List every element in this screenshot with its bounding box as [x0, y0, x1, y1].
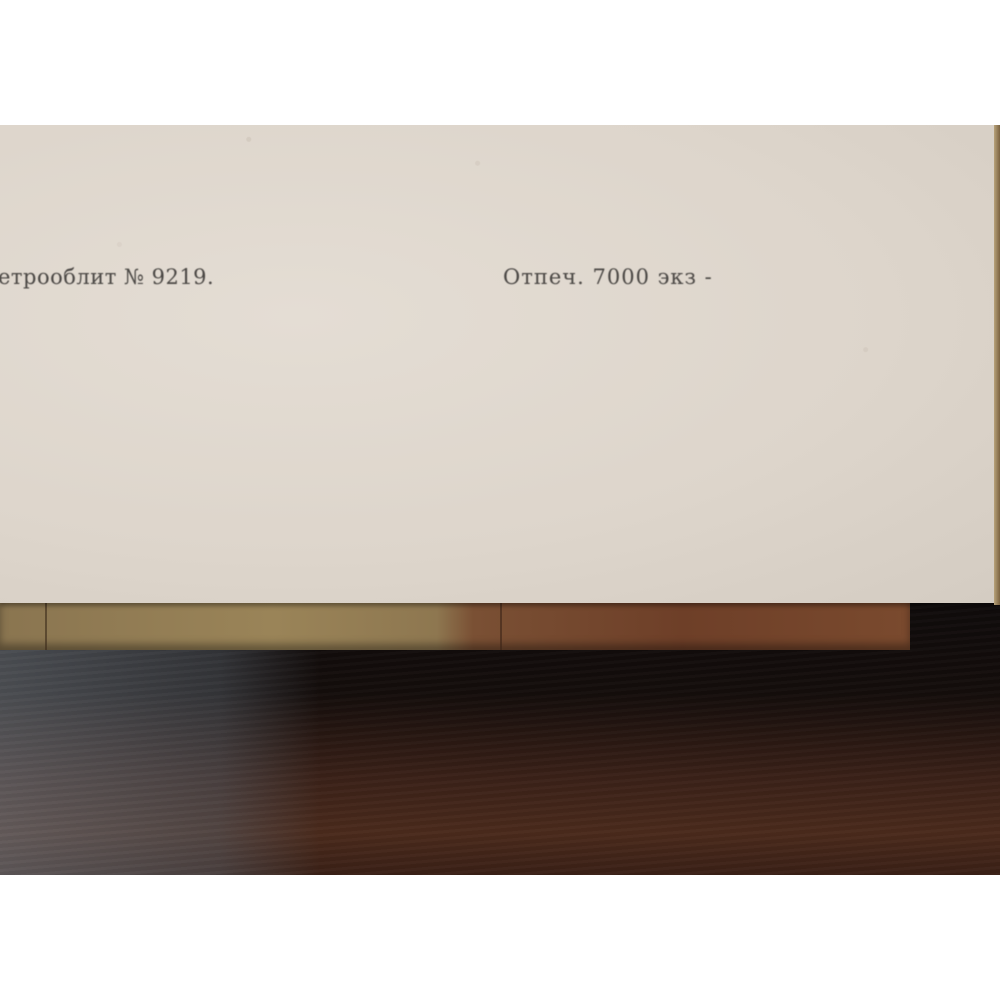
book-page-edges: [0, 600, 910, 650]
book-cover-edge: [994, 125, 1000, 605]
book-photo: етрооблит № 9219. Отпеч. 7000 экз -: [0, 125, 1000, 875]
imprint-print-run: Отпеч. 7000 экз -: [503, 265, 713, 289]
page-edge-seam: [500, 600, 502, 650]
book-page: етрооблит № 9219. Отпеч. 7000 экз -: [0, 125, 995, 603]
imprint-censor-number: етрооблит № 9219.: [0, 265, 214, 289]
page-edge-seam: [45, 600, 47, 650]
